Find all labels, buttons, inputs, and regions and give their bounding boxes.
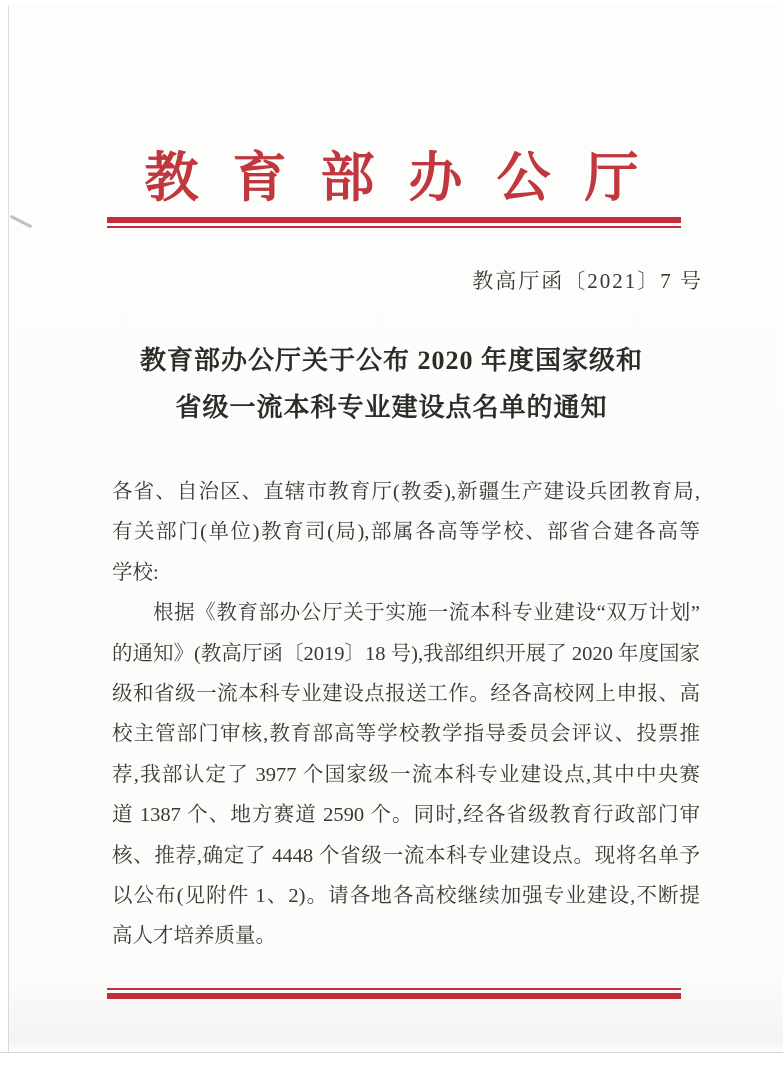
footer-rule-thick xyxy=(107,993,681,999)
scanned-document-page: 教育部办公厅 教高厅函〔2021〕7 号 教育部办公厅关于公布 2020 年度国… xyxy=(0,0,783,1072)
body-text-line: 学校: xyxy=(112,553,700,593)
header-rule-thin xyxy=(107,226,681,228)
notice-title-line-2: 省级一流本科专业建设点名单的通知 xyxy=(0,384,783,431)
agency-letterhead: 教育部办公厅 xyxy=(0,146,783,210)
document-number: 教高厅函〔2021〕7 号 xyxy=(472,265,703,295)
body-text-line: 根据《教育部办公厅关于实施一流本科专业建设“双万计划” xyxy=(112,593,700,633)
notice-title-line-1: 教育部办公厅关于公布 2020 年度国家级和 xyxy=(0,337,783,384)
header-rule-thick xyxy=(107,217,681,223)
paper-edge-bottom xyxy=(0,1052,783,1053)
body-text-line: 道 1387 个、地方赛道 2590 个。同时,经各省级教育行政部门审 xyxy=(112,795,700,835)
body-text-line: 高人才培养质量。 xyxy=(112,916,700,956)
body-text-line: 的通知》(教高厅函〔2019〕18 号),我部组织开展了 2020 年度国家 xyxy=(112,634,700,674)
body-text-line: 有关部门(单位)教育司(局),部属各高等学校、部省合建各高等 xyxy=(112,512,700,552)
body-text-line: 各省、自治区、直辖市教育厅(教委),新疆生产建设兵团教育局, xyxy=(112,472,700,512)
body-text-line: 核、推荐,确定了 4448 个省级一流本科专业建设点。现将名单予 xyxy=(112,836,700,876)
notice-title: 教育部办公厅关于公布 2020 年度国家级和 省级一流本科专业建设点名单的通知 xyxy=(0,337,783,431)
notice-body: 各省、自治区、直辖市教育厅(教委),新疆生产建设兵团教育局,有关部门(单位)教育… xyxy=(112,472,700,957)
body-text-line: 以公布(见附件 1、2)。请各地各高校继续加强专业建设,不断提 xyxy=(112,876,700,916)
body-text-line: 校主管部门审核,教育部高等学校教学指导委员会评议、投票推 xyxy=(112,714,700,754)
body-text-line: 荐,我部认定了 3977 个国家级一流本科专业建设点,其中中央赛 xyxy=(112,755,700,795)
body-text-line: 级和省级一流本科专业建设点报送工作。经各高校网上申报、高 xyxy=(112,674,700,714)
footer-rule-thin xyxy=(107,988,681,990)
